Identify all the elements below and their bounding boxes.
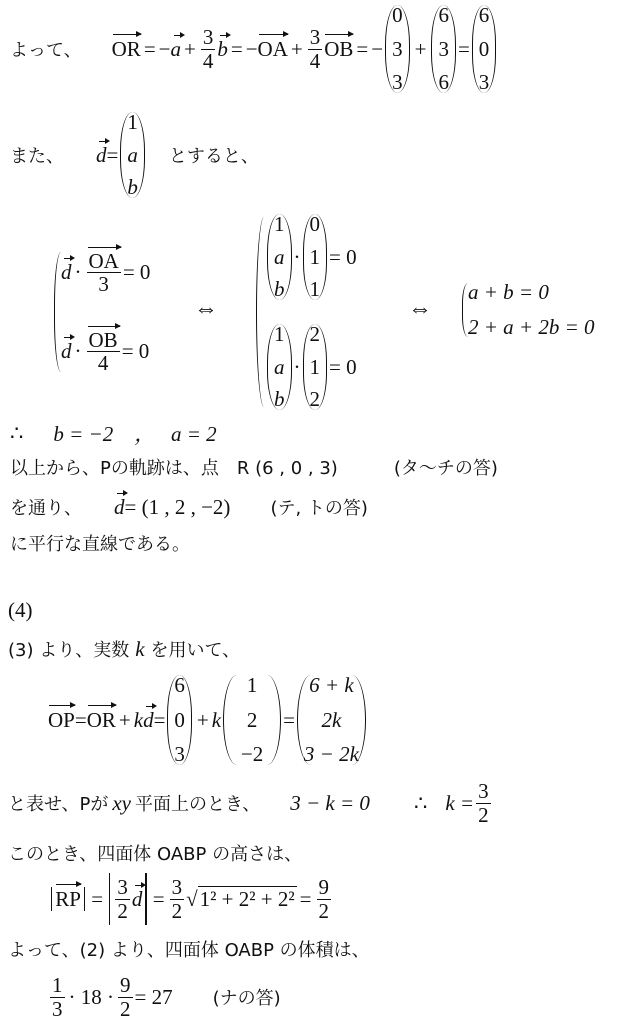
dot-operator: · — [75, 260, 82, 285]
equals-sign: = — [107, 143, 119, 168]
system-dot-products: d · OA3 = 0 d · OB4 = 0 — [54, 250, 150, 374]
xy-text: と表せ、Pが — [8, 790, 108, 816]
minus-sign: − — [371, 37, 383, 62]
line-through: を通り、 d = (1 , 2 , −2) (テ, トの答) — [10, 494, 368, 520]
equals-sign: = — [283, 708, 295, 733]
vector-d: d — [61, 260, 72, 285]
column-vector: 6 + k2k3 − 2k — [297, 675, 366, 765]
entry: 0 — [479, 39, 490, 60]
abs-bar — [51, 887, 52, 911]
entry: 2k — [322, 710, 342, 731]
variable-k: k — [212, 708, 221, 733]
equals-zero: = 0 — [122, 339, 150, 364]
fraction-3-2: 32 — [476, 780, 491, 825]
entry: 3 — [479, 72, 490, 93]
answer-note: (タ～チの答) — [394, 454, 498, 480]
plus-sign: + — [197, 708, 209, 733]
column-vector: 1ab — [120, 112, 145, 198]
entry: 2 — [310, 324, 321, 345]
minus-sign: − — [159, 37, 171, 62]
fraction-9-2: 92 — [317, 876, 332, 921]
numerator: 1 — [50, 974, 65, 997]
abs-bar — [84, 887, 85, 911]
plus-sign: + — [415, 37, 427, 62]
entry: 1 — [274, 214, 285, 235]
left-brace — [54, 252, 61, 372]
denominator: 3 — [96, 273, 111, 295]
volume-result: = 27 — [135, 985, 173, 1010]
iff-arrow: ⇔ — [408, 296, 432, 323]
line-xy-plane: と表せ、Pが xy 平面上のとき、 3 − k = 0 ∴ k = 32 — [8, 778, 493, 828]
vector-op: OP — [48, 708, 75, 733]
equals-sign: = — [231, 37, 243, 62]
equals-sign: = — [91, 887, 103, 912]
system-row: 1ab · 011 = 0 — [265, 214, 357, 300]
system-rows: d · OA3 = 0 d · OB4 = 0 — [61, 250, 150, 374]
numerator: 3 — [308, 26, 323, 49]
line-volume: 13 · 18 · 92 = 27 (ナの答) — [48, 970, 281, 1024]
entry: 1 — [310, 247, 321, 268]
entry: 1 — [310, 357, 321, 378]
entry: 2 — [310, 389, 321, 410]
vector-ob: OB — [324, 37, 353, 62]
line-parallel: に平行な直線である。 — [10, 530, 190, 556]
entry: 3 − 2k — [304, 744, 359, 765]
numerator: 9 — [317, 876, 332, 899]
numerator: OA — [87, 250, 121, 273]
entry: a — [274, 357, 285, 378]
line-op-equation: OP = OR + k d = 603 + k 12−2 = 6 + k2k3 … — [48, 672, 368, 768]
entry: 6 + k — [309, 675, 354, 696]
entry: a — [127, 145, 138, 166]
equals-zero: = 0 — [329, 355, 357, 380]
line-d-definition: また、 d = 1ab とすると、 — [10, 110, 259, 200]
numerator: 3 — [476, 780, 491, 803]
numerator: OB — [87, 329, 120, 352]
left-brace — [256, 217, 265, 407]
dot-operator: · — [294, 355, 301, 380]
equals-sign: = — [356, 37, 368, 62]
entry: 1 — [274, 324, 285, 345]
fraction-1-3: 13 — [50, 974, 65, 1019]
entry: 2 — [247, 710, 258, 731]
text-mata: また、 — [10, 142, 64, 168]
numerator: 3 — [115, 876, 130, 899]
part-label: (4) — [8, 598, 33, 623]
entry: 0 — [310, 214, 321, 235]
equation-row: a + b = 0 — [468, 280, 595, 305]
vector-d: d — [132, 887, 143, 912]
intro-suffix: を用いて、 — [151, 636, 241, 662]
vector-d: d — [61, 339, 72, 364]
answer-note: (テ, トの答) — [270, 494, 368, 520]
vector-oa: OA — [258, 37, 288, 62]
equals-sign: = — [458, 37, 470, 62]
product-middle: · 18 · — [69, 985, 115, 1010]
entry: 1 — [127, 112, 138, 133]
entry: −2 — [241, 744, 263, 765]
denominator: 2 — [476, 804, 491, 826]
abs-bar — [109, 873, 110, 925]
dot-operator: · — [294, 245, 301, 270]
plus-sign: + — [119, 708, 131, 733]
plus-sign: + — [291, 37, 303, 62]
iff-arrow: ⇔ — [194, 296, 218, 323]
line-therefore-ab: ∴ b = −2 ， a = 2 — [10, 418, 217, 448]
system-row: 1ab · 212 = 0 — [265, 324, 357, 410]
minus-sign: − — [246, 37, 258, 62]
system-rows: 1ab · 011 = 0 1ab · 212 = 0 — [265, 214, 357, 410]
vector-b: b — [217, 37, 228, 62]
fraction-ob-4: OB4 — [87, 329, 120, 374]
system-row: d · OA3 = 0 — [61, 250, 150, 295]
vector-a: a — [171, 37, 182, 62]
system-row: d · OB4 = 0 — [61, 329, 150, 374]
entry: 3 — [392, 39, 403, 60]
system-column-vectors: 1ab · 011 = 0 1ab · 212 = 0 — [256, 214, 357, 410]
fraction-3-2: 32 — [115, 876, 130, 921]
text-tosuruto: とすると、 — [169, 142, 259, 168]
system-linear-equations: a + b = 0 2 + a + 2b = 0 — [462, 280, 595, 340]
variable-k: k — [135, 637, 144, 662]
equals-sign: = — [300, 887, 312, 912]
line-locus: 以上から、Pの軌跡は、点 R (6 , 0 , 3) (タ～チの答) — [10, 454, 498, 480]
entry: 6 — [479, 5, 490, 26]
column-vector: 636 — [431, 5, 456, 93]
entry: 1 — [247, 675, 258, 696]
column-vector: 1ab — [267, 324, 292, 410]
vector-d: d — [114, 495, 125, 520]
therefore-symbol: ∴ — [10, 421, 23, 446]
denominator: 3 — [50, 998, 65, 1020]
column-vector: 12−2 — [223, 675, 281, 765]
equals-zero: = 0 — [329, 245, 357, 270]
entry: b — [274, 389, 285, 410]
dot-operator: · — [75, 339, 82, 364]
fraction-3-4: 34 — [201, 26, 216, 71]
system-rows: a + b = 0 2 + a + 2b = 0 — [468, 280, 595, 340]
entry: 3 — [174, 744, 185, 765]
denominator: 2 — [118, 998, 133, 1020]
entry: 3 — [392, 72, 403, 93]
plus-sign: + — [184, 37, 196, 62]
column-vector: 1ab — [267, 214, 292, 300]
entry: 3 — [438, 39, 449, 60]
equals-sign: = — [75, 708, 87, 733]
column-vector: 603 — [472, 5, 497, 93]
column-vector: 011 — [303, 214, 328, 300]
column-vector: 603 — [167, 675, 192, 765]
entry: 1 — [310, 279, 321, 300]
entry: a — [274, 247, 285, 268]
numerator: 3 — [201, 26, 216, 49]
entry: b — [127, 177, 138, 198]
line-or-equation: よって、 OR = − a + 34 b = − OA + 34 OB = − … — [10, 2, 498, 96]
line-height-intro: このとき、四面体 OABP の高さは、 — [8, 840, 302, 866]
equation-row: 2 + a + 2b = 0 — [468, 315, 595, 340]
through-text: を通り、 — [10, 494, 82, 520]
denominator: 2 — [170, 900, 185, 922]
vector-or: OR — [87, 708, 116, 733]
numerator: 9 — [118, 974, 133, 997]
vector-d: d — [143, 708, 154, 733]
radical-sign: √ — [186, 887, 198, 912]
square-root: √1² + 2² + 2² — [186, 886, 297, 912]
line-part4-intro: (3) より、実数 k を用いて、 — [8, 636, 240, 662]
column-vector: 212 — [303, 324, 328, 410]
equals-sign: = — [154, 708, 166, 733]
vector-d: d — [96, 143, 107, 168]
entry: 0 — [174, 710, 185, 731]
answer-note: (ナの答) — [213, 984, 281, 1010]
denominator: 4 — [96, 352, 111, 374]
entry: 0 — [392, 5, 403, 26]
fraction-3-4: 34 — [308, 26, 323, 71]
fraction-9-2: 92 — [118, 974, 133, 1019]
locus-text: 以上から、Pの軌跡は、点 R (6 , 0 , 3) — [10, 454, 338, 480]
intro-text: (3) より、実数 — [8, 636, 129, 662]
variable-k: k — [134, 708, 143, 733]
column-vector: 033 — [385, 5, 410, 93]
entry: 6 — [174, 675, 185, 696]
entry: b — [274, 279, 285, 300]
denominator: 4 — [201, 50, 216, 72]
equals-sign: = — [153, 887, 165, 912]
fraction-oa-3: OA3 — [87, 250, 121, 295]
entry: 6 — [438, 72, 449, 93]
therefore-symbol: ∴ — [414, 791, 427, 816]
line-rp-length: RP = 32 d = 32 √1² + 2² + 2² = 92 — [48, 872, 333, 926]
denominator: 2 — [115, 900, 130, 922]
equals-zero: = 0 — [123, 260, 151, 285]
denominator: 4 — [308, 50, 323, 72]
denominator: 2 — [317, 900, 332, 922]
radicand: 1² + 2² + 2² — [198, 886, 297, 912]
vector-rp: RP — [55, 887, 81, 912]
entry: 6 — [438, 5, 449, 26]
equals-sign: = — [144, 37, 156, 62]
solution-values: b = −2 ， a = 2 — [53, 418, 216, 448]
xy-variables: xy — [112, 791, 131, 816]
k-equals: k = — [445, 791, 474, 816]
vector-or: OR — [112, 37, 141, 62]
fraction-3-2: 32 — [170, 876, 185, 921]
text-yotte: よって、 — [10, 36, 82, 62]
direction-vector: = (1 , 2 , −2) — [125, 495, 231, 520]
xy-equation: 3 − k = 0 — [290, 791, 370, 816]
line-volume-intro: よって、(2) より、四面体 OABP の体積は、 — [8, 936, 370, 962]
xy-text-mid: 平面上のとき、 — [135, 790, 260, 816]
numerator: 3 — [170, 876, 185, 899]
